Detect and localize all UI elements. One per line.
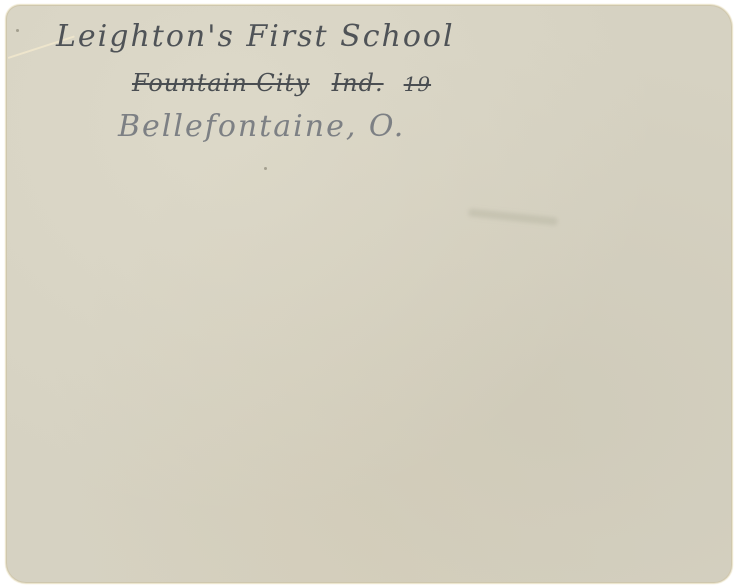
handwritten-struck-location: Fountain CityInd.19 (132, 69, 431, 97)
handwritten-location: Bellefontaine, O. (118, 109, 405, 144)
paper-speck (16, 29, 19, 32)
document-card: Leighton's First School Fountain CityInd… (6, 5, 732, 583)
struck-state: Ind. (332, 69, 384, 97)
handwritten-title: Leighton's First School (56, 19, 455, 54)
struck-city: Fountain City (132, 69, 310, 97)
paper-speck (264, 167, 267, 170)
struck-year: 19 (404, 72, 431, 96)
paper-smudge (468, 208, 558, 225)
